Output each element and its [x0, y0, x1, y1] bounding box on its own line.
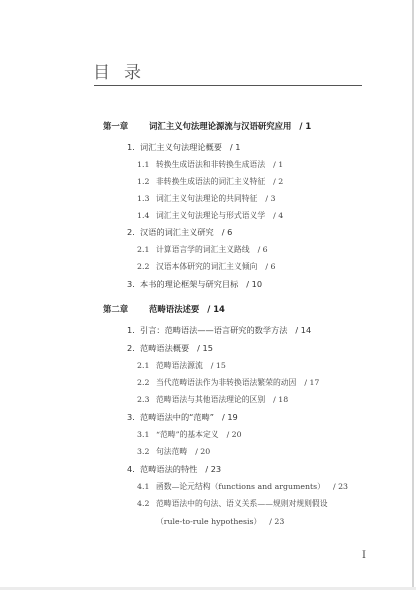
- toc-entry-number: 4.2: [137, 499, 156, 508]
- toc-entry-sub[interactable]: 4.2范畴语法中的句法、语义关系——规则对规则假设: [137, 498, 328, 509]
- toc-entry-sub[interactable]: 1.2非转换生成语法的词汇主义特征/ 2: [137, 176, 283, 187]
- toc-entry-number: 2.3: [137, 395, 156, 404]
- toc-entry-page: / 1: [230, 142, 241, 152]
- toc-entry-section[interactable]: 4.范畴语法的特性/ 23: [127, 464, 221, 475]
- toc-entry-number: 3.: [127, 412, 140, 422]
- toc-entry-page: / 19: [222, 412, 238, 422]
- toc-entry-sub[interactable]: 1.4词汇主义句法理论与形式语义学/ 4: [137, 210, 283, 221]
- toc-entry-page: / 14: [207, 304, 225, 314]
- toc-entry-title: 转换生成语法和非转换生成语法: [156, 160, 265, 169]
- toc-entry-number: 1.2: [137, 177, 156, 186]
- toc-entry-title: 词汇主义句法理论的共同特征: [156, 194, 257, 203]
- toc-entry-sub[interactable]: 1.3词汇主义句法理论的共同特征/ 3: [137, 193, 275, 204]
- page-edge-right: [412, 0, 414, 588]
- toc-entry-page: / 23: [333, 482, 348, 491]
- toc-entry-sub[interactable]: 3.1“范畴”的基本定义/ 20: [137, 429, 242, 440]
- toc-entry-number: 1.3: [137, 194, 156, 203]
- toc-entry-title: 范畴语法中的句法、语义关系——规则对规则假设: [156, 499, 328, 508]
- toc-entry-number: 3.1: [137, 430, 156, 439]
- toc-entry-sub[interactable]: 2.1范畴语法源流/ 15: [137, 360, 226, 371]
- toc-entry-page: / 15: [197, 343, 213, 353]
- title-divider: [94, 85, 362, 86]
- toc-entry-title: 引言：范畴语法——语言研究的数学方法: [140, 325, 287, 335]
- toc-entry-number: 1.: [127, 142, 140, 152]
- toc-entry-number: 2.1: [137, 361, 156, 370]
- toc-entry-number: 1.4: [137, 211, 156, 220]
- toc-entry-title: 当代范畴语法作为非转换语法繁荣的动因: [156, 378, 296, 387]
- toc-entry-number: 3.: [127, 279, 140, 289]
- toc-entry-page: / 15: [211, 361, 226, 370]
- toc-entry-page: / 23: [269, 517, 284, 526]
- toc-entry-sub[interactable]: 2.1计算语言学的词汇主义路线/ 6: [137, 244, 268, 255]
- toc-entry-title: 非转换生成语法的词汇主义特征: [156, 177, 265, 186]
- toc-entry-number: 2.2: [137, 262, 156, 271]
- toc-entry-page: / 6: [265, 262, 275, 271]
- toc-entry-title: 范畴语法源流: [156, 361, 203, 370]
- toc-entry-number: 2.1: [137, 245, 156, 254]
- toc-entry-page: / 20: [227, 430, 242, 439]
- toc-entry-page: / 6: [222, 227, 233, 237]
- toc-entry-title: 范畴语法中的“范畴”: [140, 412, 214, 422]
- toc-entry-page: / 1: [299, 121, 311, 131]
- toc-entry-sub[interactable]: 2.3范畴语法与其他语法理论的区别/ 18: [137, 394, 288, 405]
- toc-entry-title: 函数—论元结构（functions and arguments）: [156, 482, 325, 491]
- toc-entry-title: 范畴语法概要: [140, 343, 189, 353]
- toc-entry-cont[interactable]: （rule-to-rule hypothesis）/ 23: [156, 516, 284, 527]
- toc-entry-title: （rule-to-rule hypothesis）: [156, 517, 261, 526]
- toc-entry-title: 句法范畴: [156, 447, 187, 456]
- toc-entry-page: / 4: [273, 211, 283, 220]
- toc-entry-section[interactable]: 3.本书的理论框架与研究目标/ 10: [127, 279, 262, 290]
- toc-entry-sub[interactable]: 2.2当代范畴语法作为非转换语法繁荣的动因/ 17: [137, 377, 319, 388]
- toc-entry-chapter[interactable]: 第一章词汇主义句法理论源流与汉语研究应用/ 1: [103, 120, 311, 132]
- toc-entry-number: 2.2: [137, 378, 156, 387]
- toc-entry-number: 4.: [127, 464, 140, 474]
- toc-entry-number: 2.: [127, 227, 140, 237]
- toc-entry-page: / 2: [273, 177, 283, 186]
- toc-entry-number: 2.: [127, 343, 140, 353]
- toc-entry-title: 范畴语法述要: [149, 304, 199, 314]
- toc-entry-number: 第一章: [103, 120, 149, 132]
- toc-entry-title: 计算语言学的词汇主义路线: [156, 245, 250, 254]
- toc-entry-number: 第二章: [103, 303, 149, 315]
- toc-entry-title: 范畴语法的特性: [140, 464, 197, 474]
- toc-entry-title: 范畴语法与其他语法理论的区别: [156, 395, 265, 404]
- page-number: I: [362, 550, 366, 561]
- toc-entry-page: / 10: [246, 279, 262, 289]
- toc-entry-page: / 17: [304, 378, 319, 387]
- toc-entry-number: 3.2: [137, 447, 156, 456]
- toc-entry-number: 1.: [127, 325, 140, 335]
- toc-entry-chapter[interactable]: 第二章范畴语法述要/ 14: [103, 303, 225, 315]
- toc-entry-sub[interactable]: 4.1函数—论元结构（functions and arguments）/ 23: [137, 481, 348, 492]
- toc-entry-page: / 3: [265, 194, 275, 203]
- toc-entry-title: 词汇主义句法理论概要: [140, 142, 222, 152]
- toc-entry-title: 本书的理论框架与研究目标: [140, 279, 238, 289]
- toc-entry-title: 汉语本体研究的词汇主义倾向: [156, 262, 257, 271]
- toc-entry-page: / 20: [195, 447, 210, 456]
- toc-entry-title: 汉语的词汇主义研究: [140, 227, 214, 237]
- toc-title: 目录: [93, 58, 155, 83]
- toc-entry-title: 词汇主义句法理论与形式语义学: [156, 211, 265, 220]
- toc-entry-page: / 14: [295, 325, 311, 335]
- toc-entry-section[interactable]: 2.范畴语法概要/ 15: [127, 343, 213, 354]
- toc-entry-page: / 1: [273, 160, 283, 169]
- toc-entry-section[interactable]: 3.范畴语法中的“范畴”/ 19: [127, 412, 238, 423]
- toc-entry-sub[interactable]: 3.2句法范畴/ 20: [137, 446, 210, 457]
- toc-entry-number: 4.1: [137, 482, 156, 491]
- toc-entry-page: / 6: [258, 245, 268, 254]
- toc-entry-page: / 23: [205, 464, 221, 474]
- toc-entry-number: 1.1: [137, 160, 156, 169]
- toc-entry-section[interactable]: 1.词汇主义句法理论概要/ 1: [127, 142, 240, 153]
- toc-entry-section[interactable]: 2.汉语的词汇主义研究/ 6: [127, 227, 232, 238]
- toc-entry-sub[interactable]: 1.1转换生成语法和非转换生成语法/ 1: [137, 159, 283, 170]
- toc-entry-section[interactable]: 1.引言：范畴语法——语言研究的数学方法/ 14: [127, 325, 311, 336]
- toc-entry-sub[interactable]: 2.2汉语本体研究的词汇主义倾向/ 6: [137, 261, 275, 272]
- toc-entry-title: 词汇主义句法理论源流与汉语研究应用: [149, 121, 291, 131]
- toc-entry-title: “范畴”的基本定义: [156, 430, 219, 439]
- toc-entry-page: / 18: [273, 395, 288, 404]
